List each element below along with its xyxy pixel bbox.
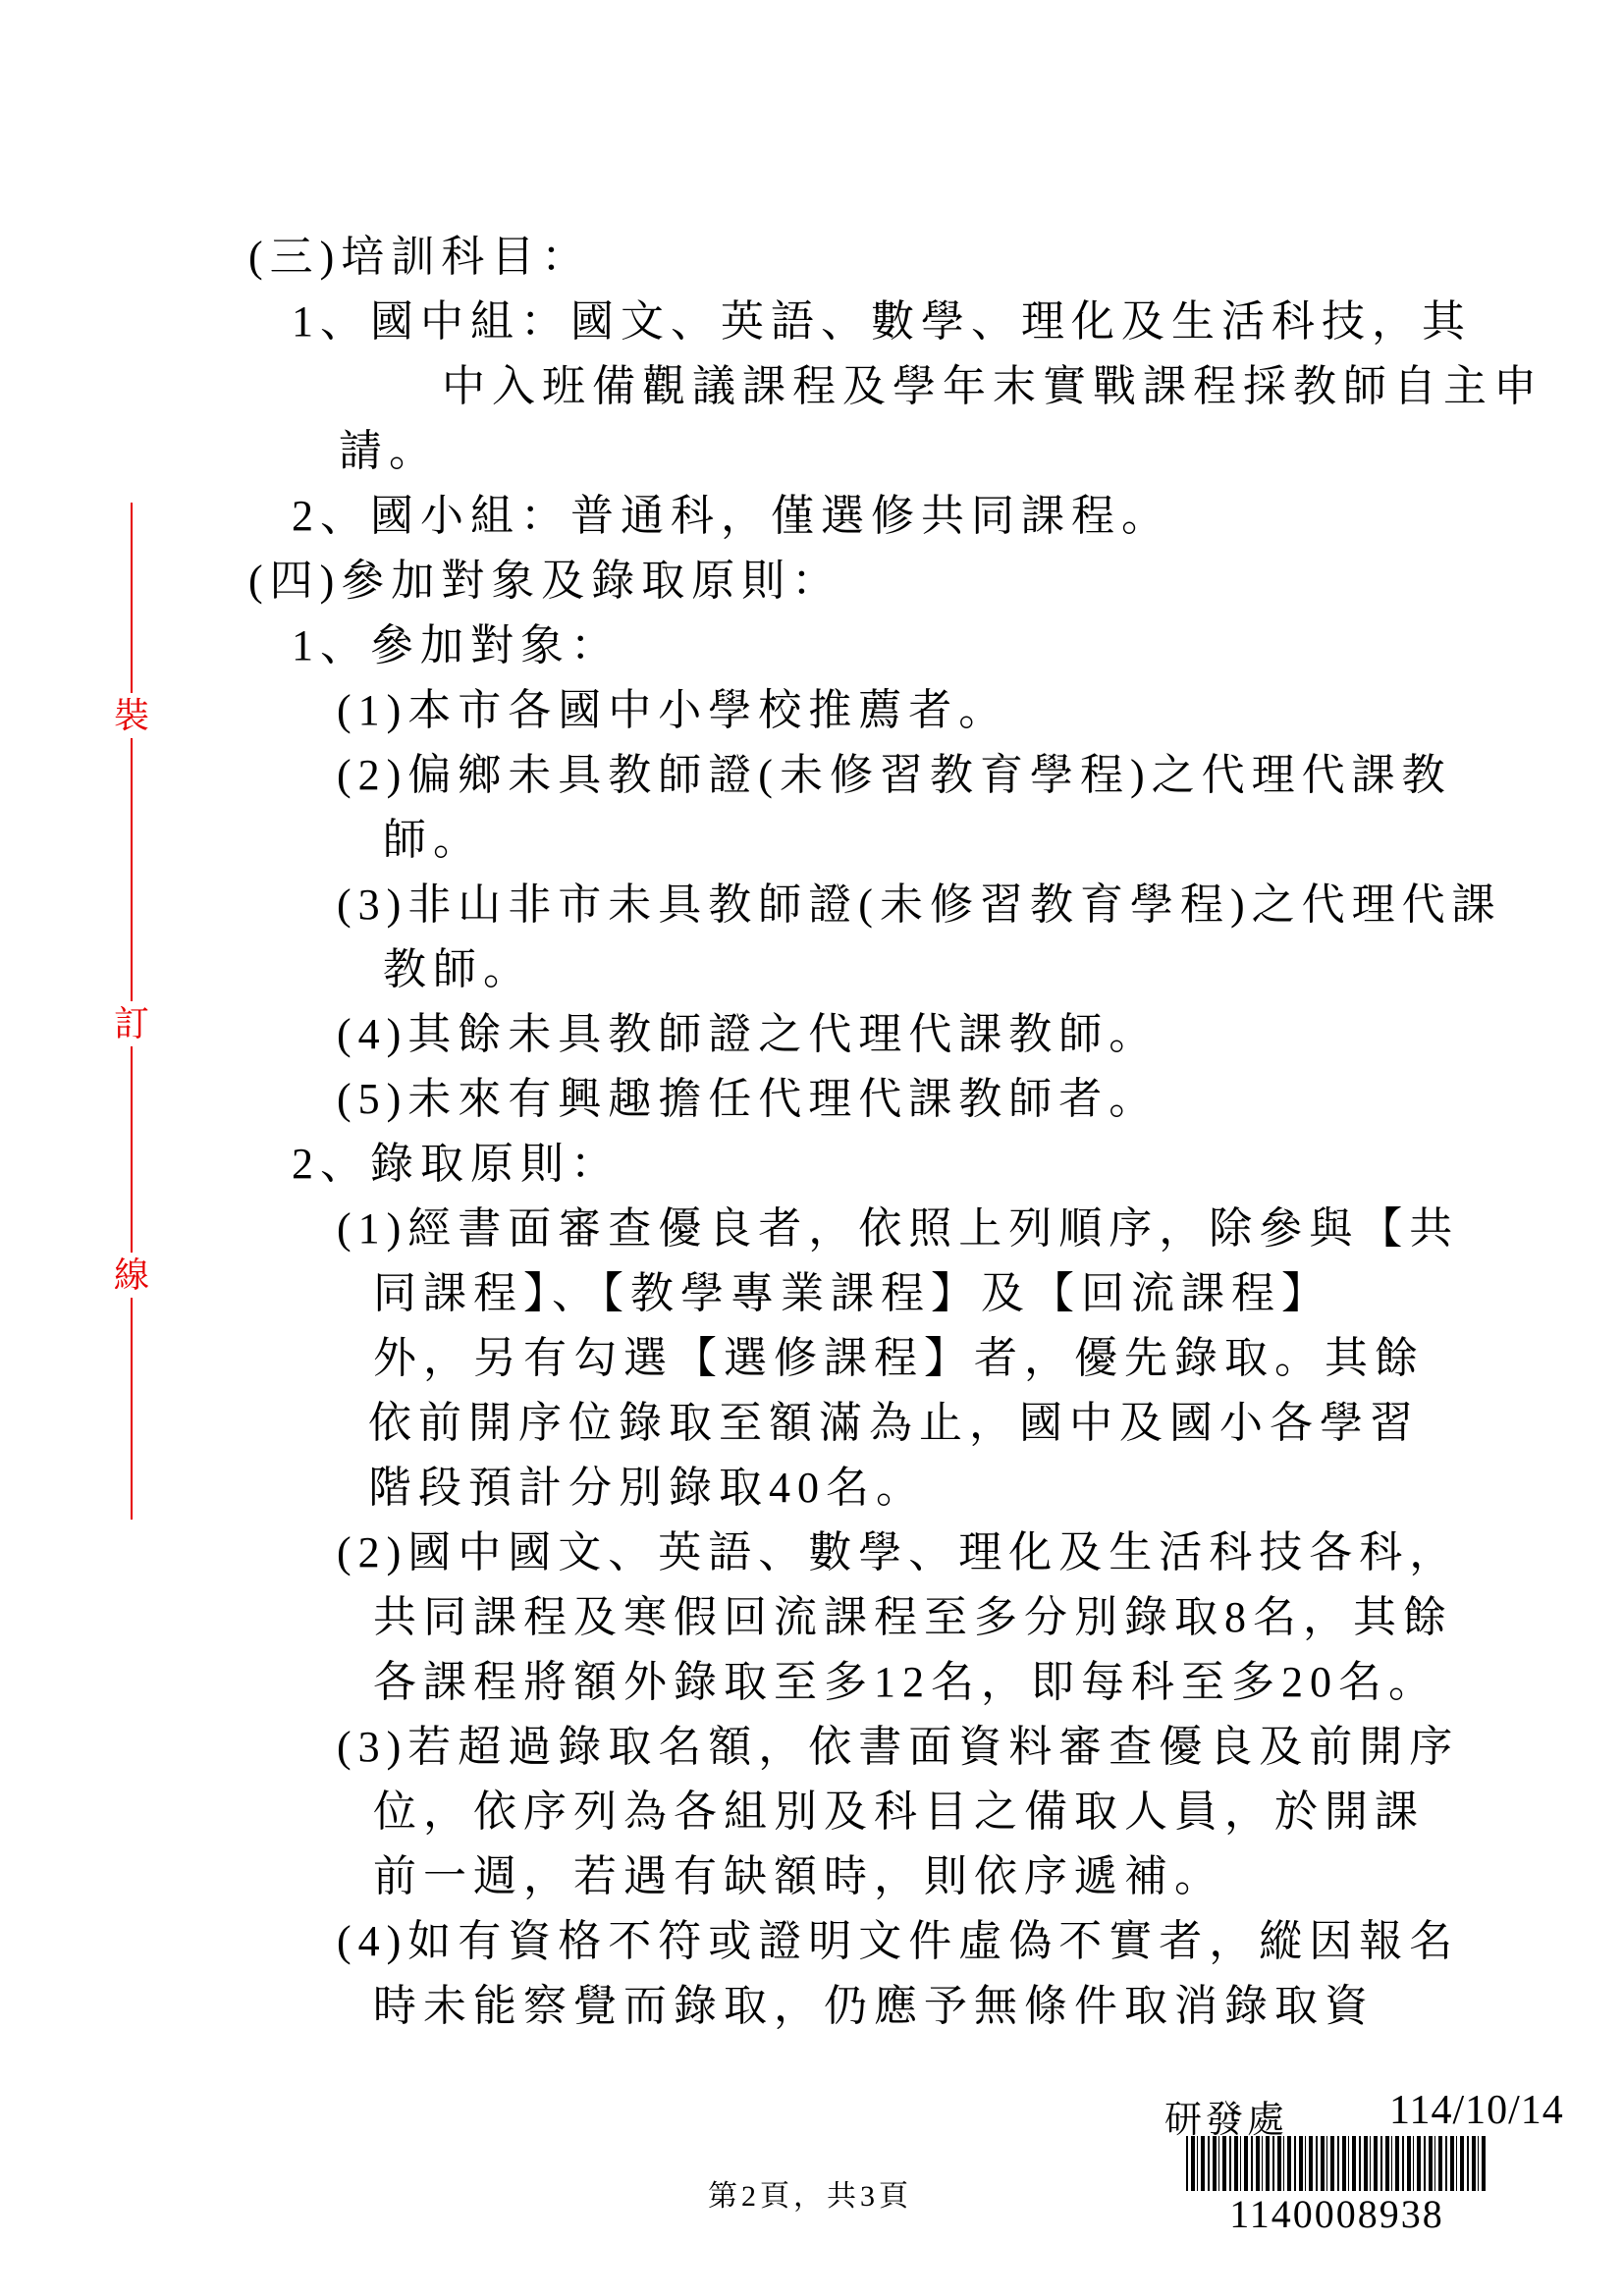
text-line: 外，另有勾選【選修課程】者，優先錄取。其餘 bbox=[0, 1326, 1623, 1391]
text-line: (1)經書面審查優良者，依照上列順序，除參與【共 bbox=[0, 1197, 1623, 1261]
page-number-indicator: 第2頁，共3頁 bbox=[584, 2171, 1036, 2215]
text-line: 同課程】、【教學專業課程】及【回流課程】 bbox=[0, 1261, 1623, 1326]
text-line: 前一週，若遇有缺額時，則依序遞補。 bbox=[0, 1844, 1623, 1909]
issuing-department-label: 研發處 bbox=[1164, 2089, 1288, 2143]
text-line: 2、國小組：普通科，僅選修共同課程。 bbox=[0, 484, 1623, 549]
text-line: 師。 bbox=[0, 808, 1623, 873]
text-line: 依前開序位錄取至額滿為止，國中及國小各學習 bbox=[0, 1391, 1623, 1456]
text-line: 共同課程及寒假回流課程至多分別錄取8名，其餘 bbox=[0, 1585, 1623, 1650]
text-line: 2、錄取原則： bbox=[0, 1132, 1623, 1197]
text-line: 1、參加對象： bbox=[0, 614, 1623, 678]
text-line: (4)如有資格不符或證明文件虛偽不實者，縱因報名 bbox=[0, 1909, 1623, 1974]
text-line: (4)其餘未具教師證之代理代課教師。 bbox=[0, 1002, 1623, 1067]
text-line: 時未能察覺而錄取，仍應予無條件取消錄取資 bbox=[0, 1974, 1623, 2039]
text-line: (三)培訓科目： bbox=[0, 225, 1623, 290]
document-body: (三)培訓科目：1、國中組：國文、英語、數學、理化及生活科技，其中入班備觀議課程… bbox=[0, 225, 1623, 2039]
barcode-number: 1140008938 bbox=[1186, 2191, 1488, 2237]
text-line: 請。 bbox=[0, 419, 1623, 484]
text-line: (2)國中國文、英語、數學、理化及生活科技各科， bbox=[0, 1521, 1623, 1585]
text-line: 教師。 bbox=[0, 937, 1623, 1002]
text-line: 位，依序列為各組別及科目之備取人員，於開課 bbox=[0, 1780, 1623, 1844]
document-page: 裝 訂 線 (三)培訓科目：1、國中組：國文、英語、數學、理化及生活科技，其中入… bbox=[0, 0, 1623, 2296]
text-line: (3)非山非市未具教師證(未修習教育學程)之代理代課 bbox=[0, 873, 1623, 937]
text-line: 中入班備觀議課程及學年末實戰課程採教師自主申 bbox=[0, 354, 1623, 419]
text-line: (5)未來有興趣擔任代理代課教師者。 bbox=[0, 1067, 1623, 1132]
text-line: 各課程將額外錄取至多12名，即每科至多20名。 bbox=[0, 1650, 1623, 1715]
document-date: 114/10/14 bbox=[1389, 2087, 1564, 2134]
text-line: (3)若超過錄取名額，依書面資料審查優良及前開序 bbox=[0, 1715, 1623, 1780]
text-line: 1、國中組：國文、英語、數學、理化及生活科技，其 bbox=[0, 290, 1623, 354]
text-line: (四)參加對象及錄取原則： bbox=[0, 549, 1623, 614]
text-line: (1)本市各國中小學校推薦者。 bbox=[0, 678, 1623, 743]
barcode bbox=[1186, 2136, 1488, 2191]
text-line: 階段預計分別錄取40名。 bbox=[0, 1456, 1623, 1521]
text-line: (2)偏鄉未具教師證(未修習教育學程)之代理代課教 bbox=[0, 743, 1623, 808]
